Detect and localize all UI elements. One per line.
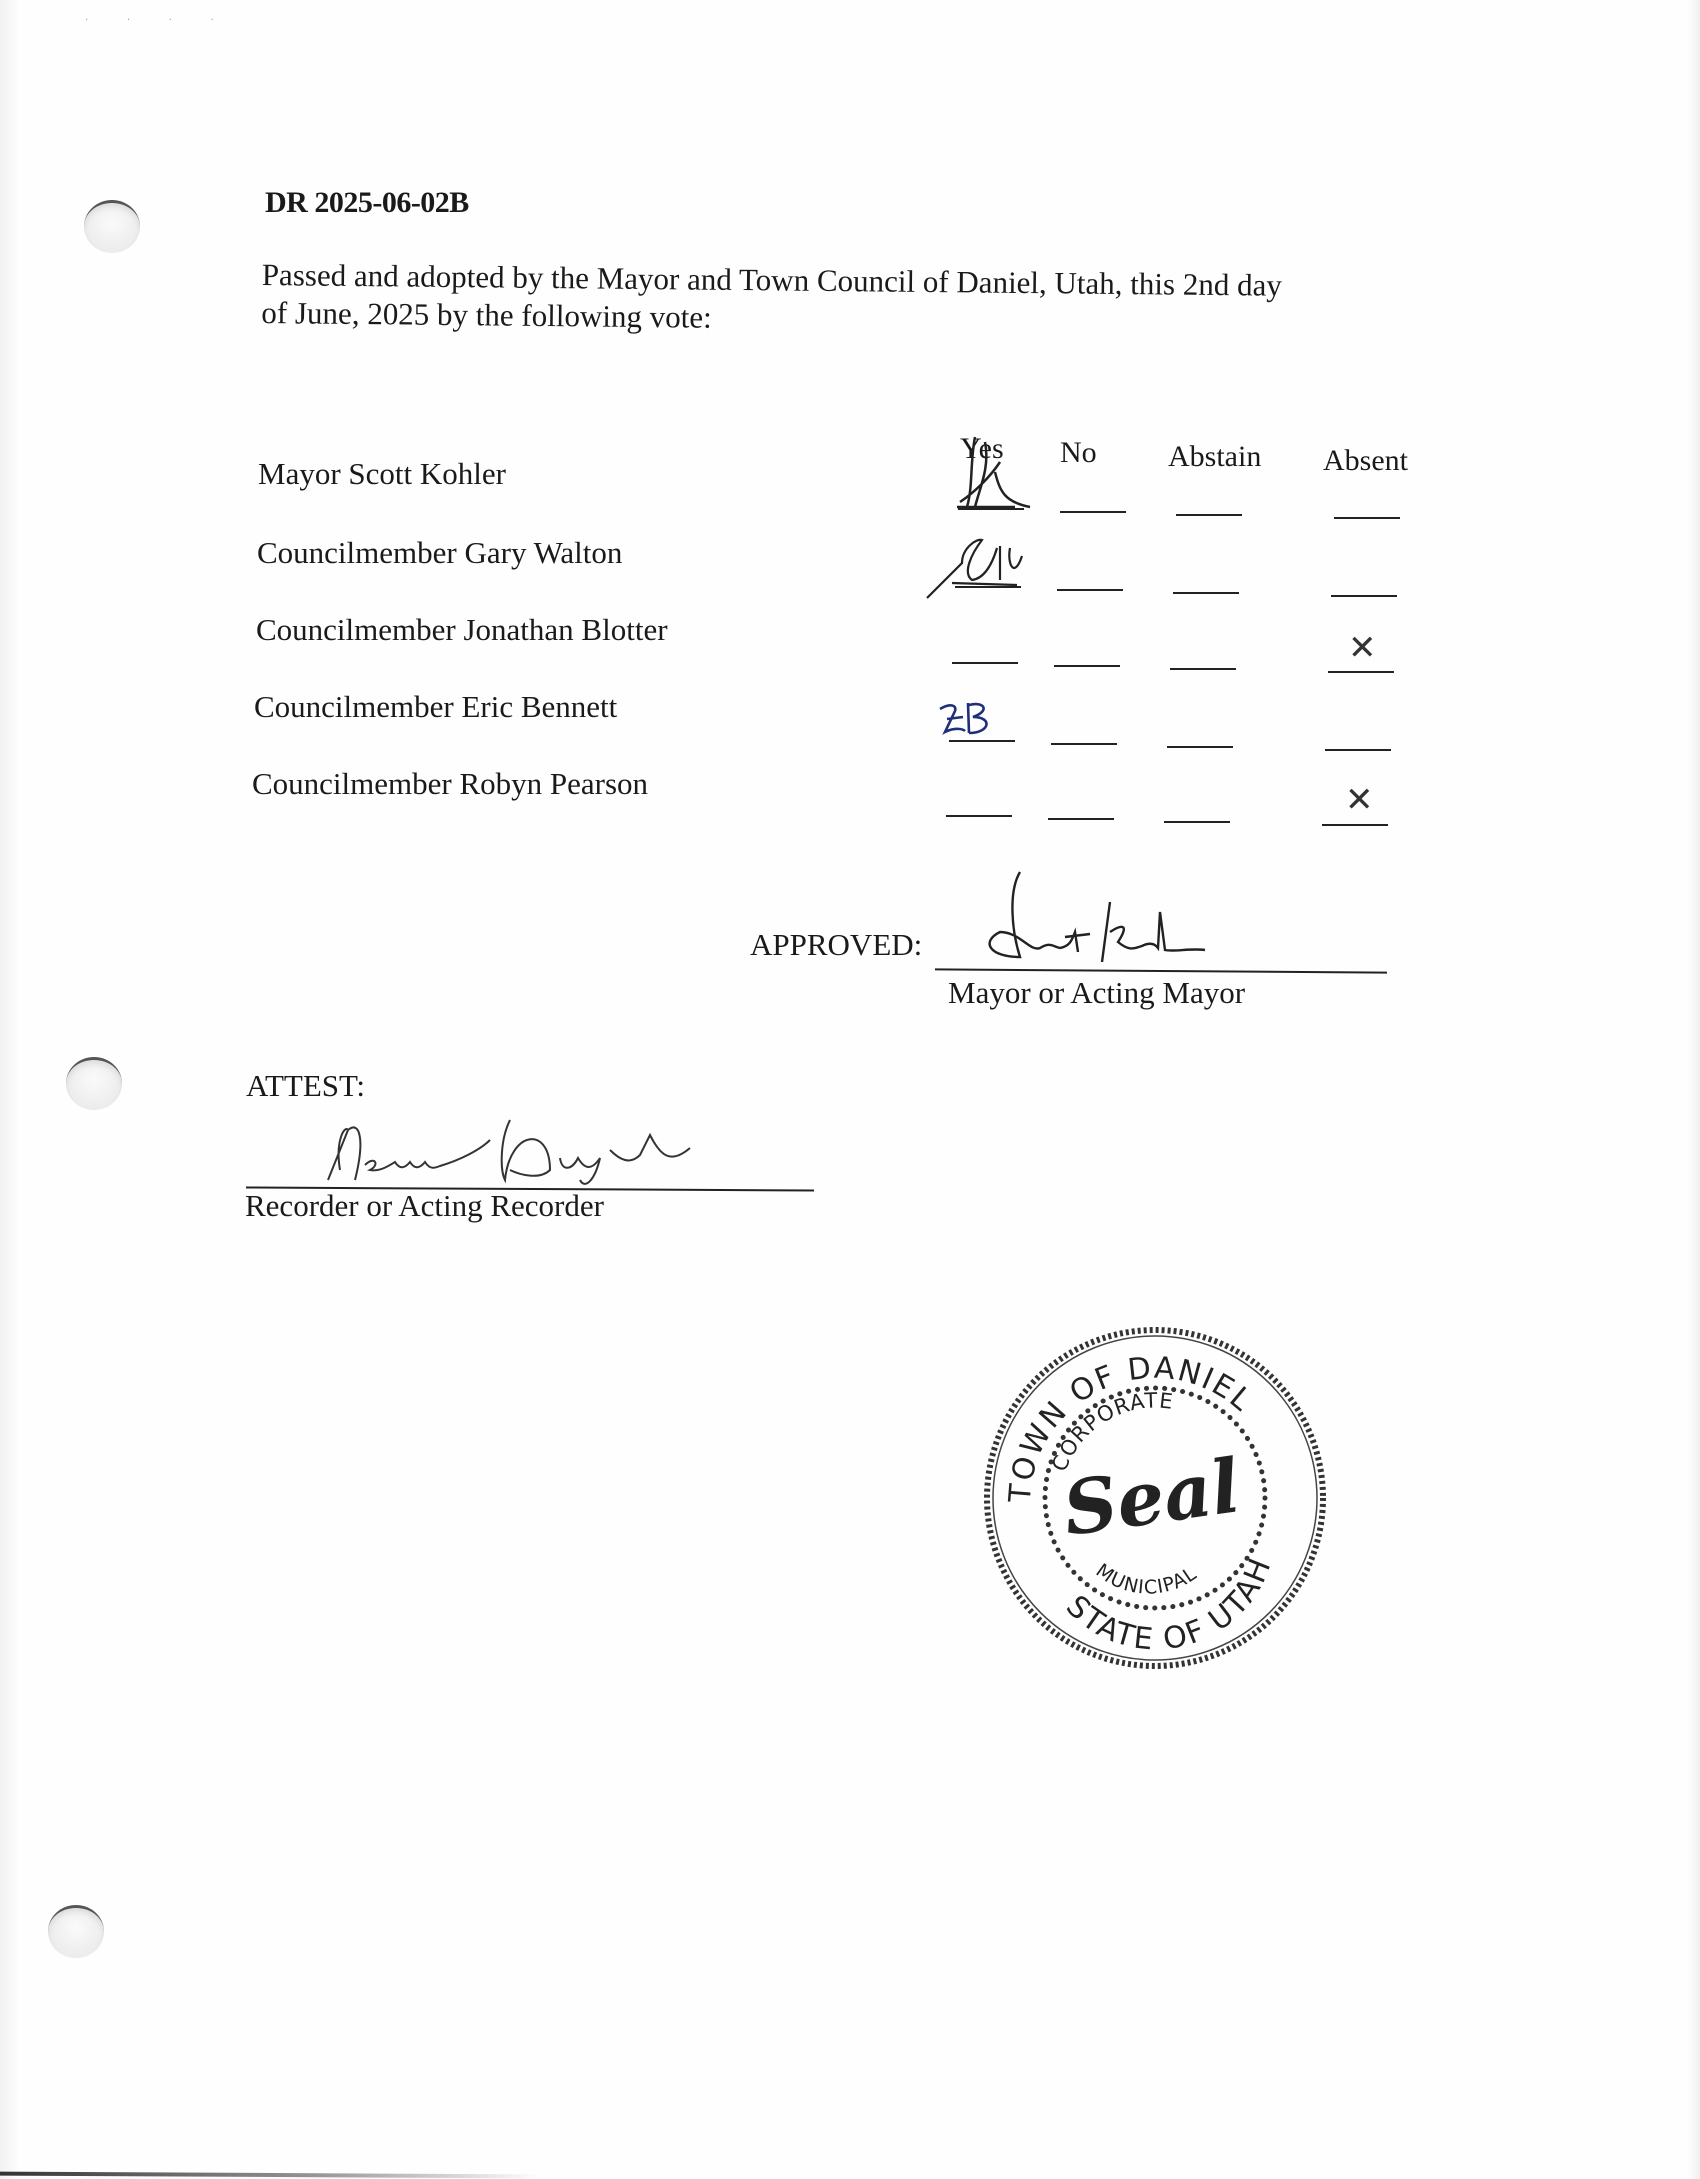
vote-blank-line bbox=[1060, 511, 1126, 513]
absent-x-mark: ✕ bbox=[1348, 628, 1377, 668]
seal-inner-bottom: MUNICIPAL bbox=[1092, 1559, 1201, 1598]
vote-blank-line bbox=[1176, 514, 1242, 516]
absent-x-mark: ✕ bbox=[1345, 780, 1374, 820]
vote-blank-line bbox=[1328, 671, 1394, 673]
vote-blank-line bbox=[1325, 749, 1391, 751]
column-absent: Absent bbox=[1323, 444, 1408, 478]
vote-blank-line bbox=[1048, 818, 1114, 820]
adoption-statement: Passed and adopted by the Mayor and Town… bbox=[261, 256, 1282, 343]
document-number: DR 2025-06-02B bbox=[265, 186, 469, 220]
seal-center-text: Seal bbox=[1058, 1443, 1245, 1553]
vote-blank-line bbox=[1167, 746, 1233, 748]
vote-blank-line bbox=[1322, 824, 1388, 826]
vote-blank-line bbox=[1164, 821, 1230, 823]
member-name: Councilmember Eric Bennett bbox=[254, 689, 617, 725]
scan-specks: · · · · bbox=[85, 15, 232, 26]
mayor-signature bbox=[960, 862, 1220, 972]
vote-blank-line bbox=[1173, 592, 1239, 594]
vote-blank-line bbox=[1054, 665, 1120, 667]
column-no: No bbox=[1060, 436, 1097, 470]
signature-initials-sk bbox=[945, 432, 1035, 512]
member-name: Mayor Scott Kohler bbox=[258, 456, 506, 492]
vote-blank-line bbox=[1334, 517, 1400, 519]
punch-hole-icon bbox=[84, 200, 140, 253]
vote-blank-line bbox=[1331, 595, 1397, 597]
vote-blank-line bbox=[946, 815, 1012, 817]
approved-label: APPROVED: bbox=[750, 927, 922, 963]
corporate-seal: TOWN OF DANIEL STATE OF UTAH CORPORATE M… bbox=[975, 1318, 1335, 1678]
document-page: · · · · DR 2025-06-02B Passed and adopte… bbox=[0, 0, 1700, 2179]
vote-blank-line bbox=[1057, 589, 1123, 591]
recorder-caption: Recorder or Acting Recorder bbox=[245, 1188, 604, 1224]
punch-hole-icon bbox=[66, 1057, 122, 1110]
member-name: Councilmember Robyn Pearson bbox=[252, 766, 648, 802]
scan-bottom-edge bbox=[0, 2172, 540, 2179]
vote-blank-line bbox=[952, 662, 1018, 664]
punch-hole-icon bbox=[48, 1905, 104, 1958]
scan-edge-shadow-right bbox=[1688, 0, 1700, 2179]
member-name: Councilmember Gary Walton bbox=[257, 535, 622, 571]
vote-blank-line bbox=[1051, 743, 1117, 745]
signature-initials-gw bbox=[922, 528, 1032, 603]
scan-edge-shadow bbox=[0, 0, 18, 2179]
svg-text:MUNICIPAL: MUNICIPAL bbox=[1092, 1559, 1201, 1598]
attest-label: ATTEST: bbox=[246, 1068, 365, 1104]
column-abstain: Abstain bbox=[1168, 440, 1261, 474]
vote-blank-line bbox=[1170, 668, 1236, 670]
member-name: Councilmember Jonathan Blotter bbox=[256, 612, 668, 648]
mayor-caption: Mayor or Acting Mayor bbox=[948, 975, 1245, 1011]
signature-initials-eb bbox=[935, 697, 1015, 742]
